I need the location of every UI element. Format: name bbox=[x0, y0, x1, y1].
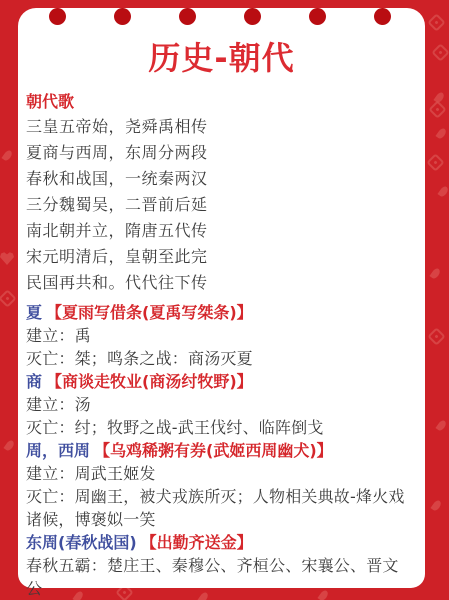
section-mnemonic: 【商谈走牧业(商汤纣牧野)】 bbox=[46, 372, 253, 391]
petal-motif bbox=[435, 419, 447, 432]
section-name: 商 bbox=[26, 372, 42, 391]
binder-dot bbox=[179, 8, 196, 25]
section-name: 周，西周 bbox=[26, 441, 90, 460]
section: 东周(春秋战国)【出勤齐送金】 春秋五霸：楚庄王、秦穆公、齐桓公、宋襄公、晋文公 bbox=[26, 531, 413, 600]
binder-dot bbox=[114, 8, 131, 25]
card: 历史-朝代 朝代歌 三皇五帝始，尧舜禹相传夏商与西周，东周分两段春秋和战国，一统… bbox=[18, 8, 425, 588]
section-line: 建立：汤 bbox=[26, 393, 413, 416]
poem-heading: 朝代歌 bbox=[26, 90, 413, 114]
petal-motif bbox=[430, 499, 442, 512]
poster-background: 历史-朝代 朝代歌 三皇五帝始，尧舜禹相传夏商与西周，东周分两段春秋和战国，一统… bbox=[0, 0, 449, 600]
binder-dot bbox=[244, 8, 261, 25]
red-packet-motif bbox=[431, 43, 449, 61]
section: 周，西周【乌鸡稀粥有券(武姬西周幽犬)】 建立：周武王姬发灭亡：周幽王，被犬戎族… bbox=[26, 439, 413, 531]
poem-line: 宋元明清后，皇朝至此完 bbox=[26, 244, 413, 270]
section-heading: 商【商谈走牧业(商汤纣牧野)】 bbox=[26, 370, 413, 393]
section-name: 夏 bbox=[26, 303, 42, 322]
section-lines: 建立：汤灭亡：纣；牧野之战-武王伐纣、临阵倒戈 bbox=[26, 393, 413, 439]
poem-line: 三皇五帝始，尧舜禹相传 bbox=[26, 114, 413, 140]
red-packet-motif bbox=[428, 100, 446, 118]
section-line: 建立：禹 bbox=[26, 324, 413, 347]
card-content: 朝代歌 三皇五帝始，尧舜禹相传夏商与西周，东周分两段春秋和战国，一统秦两汉三分魏… bbox=[18, 90, 425, 600]
section-mnemonic: 【出勤齐送金】 bbox=[141, 533, 253, 552]
poem-line: 民国再共和。代代往下传 bbox=[26, 270, 413, 296]
petal-motif bbox=[435, 127, 447, 140]
poem-lines: 三皇五帝始，尧舜禹相传夏商与西周，东周分两段春秋和战国，一统秦两汉三分魏蜀吴，二… bbox=[26, 114, 413, 296]
section-line: 春秋五霸：楚庄王、秦穆公、齐桓公、宋襄公、晋文公 bbox=[26, 554, 413, 600]
section-mnemonic: 【乌鸡稀粥有券(武姬西周幽犬)】 bbox=[94, 441, 333, 460]
section-line: 灭亡：周幽王，被犬戎族所灭；人物相关典故-烽火戏诸候，博褒姒一笑 bbox=[26, 485, 413, 531]
section-mnemonic: 【夏雨写借条(夏禹写桀条)】 bbox=[46, 303, 253, 322]
section-lines: 建立：周武王姬发灭亡：周幽王，被犬戎族所灭；人物相关典故-烽火戏诸候，博褒姒一笑 bbox=[26, 462, 413, 531]
section-lines: 建立：禹灭亡：桀；鸣条之战：商汤灭夏 bbox=[26, 324, 413, 370]
heart-motif bbox=[0, 252, 14, 265]
petal-motif bbox=[1, 149, 13, 162]
petal-motif bbox=[437, 185, 449, 198]
binder-dot bbox=[309, 8, 326, 25]
section-line: 灭亡：桀；鸣条之战：商汤灭夏 bbox=[26, 347, 413, 370]
poem-line: 三分魏蜀吴，二晋前后延 bbox=[26, 192, 413, 218]
petal-motif bbox=[3, 439, 15, 452]
poem-line: 南北朝并立，隋唐五代传 bbox=[26, 218, 413, 244]
poem-line: 夏商与西周，东周分两段 bbox=[26, 140, 413, 166]
dynasty-sections: 夏【夏雨写借条(夏禹写桀条)】 建立：禹灭亡：桀；鸣条之战：商汤灭夏 商【商谈走… bbox=[26, 301, 413, 600]
section-lines: 春秋五霸：楚庄王、秦穆公、齐桓公、宋襄公、晋文公 bbox=[26, 554, 413, 600]
section-line: 灭亡：纣；牧野之战-武王伐纣、临阵倒戈 bbox=[26, 416, 413, 439]
section-heading: 周，西周【乌鸡稀粥有券(武姬西周幽犬)】 bbox=[26, 439, 413, 462]
dynasty-song: 朝代歌 三皇五帝始，尧舜禹相传夏商与西周，东周分两段春秋和战国，一统秦两汉三分魏… bbox=[26, 90, 413, 296]
section-line: 建立：周武王姬发 bbox=[26, 462, 413, 485]
binder-dot bbox=[49, 8, 66, 25]
section-heading: 夏【夏雨写借条(夏禹写桀条)】 bbox=[26, 301, 413, 324]
binder-dot bbox=[374, 8, 391, 25]
section: 商【商谈走牧业(商汤纣牧野)】 建立：汤灭亡：纣；牧野之战-武王伐纣、临阵倒戈 bbox=[26, 370, 413, 439]
poem-line: 春秋和战国，一统秦两汉 bbox=[26, 166, 413, 192]
section: 夏【夏雨写借条(夏禹写桀条)】 建立：禹灭亡：桀；鸣条之战：商汤灭夏 bbox=[26, 301, 413, 370]
binder-dots bbox=[49, 8, 391, 25]
petal-motif bbox=[429, 267, 441, 280]
page-title: 历史-朝代 bbox=[18, 38, 425, 78]
section-heading: 东周(春秋战国)【出勤齐送金】 bbox=[26, 531, 413, 554]
section-name: 东周(春秋战国) bbox=[26, 533, 137, 552]
red-packet-motif bbox=[0, 289, 17, 307]
red-packet-motif bbox=[426, 153, 444, 171]
red-packet-motif bbox=[427, 13, 445, 31]
petal-motif bbox=[433, 91, 445, 104]
red-packet-motif bbox=[427, 327, 445, 345]
